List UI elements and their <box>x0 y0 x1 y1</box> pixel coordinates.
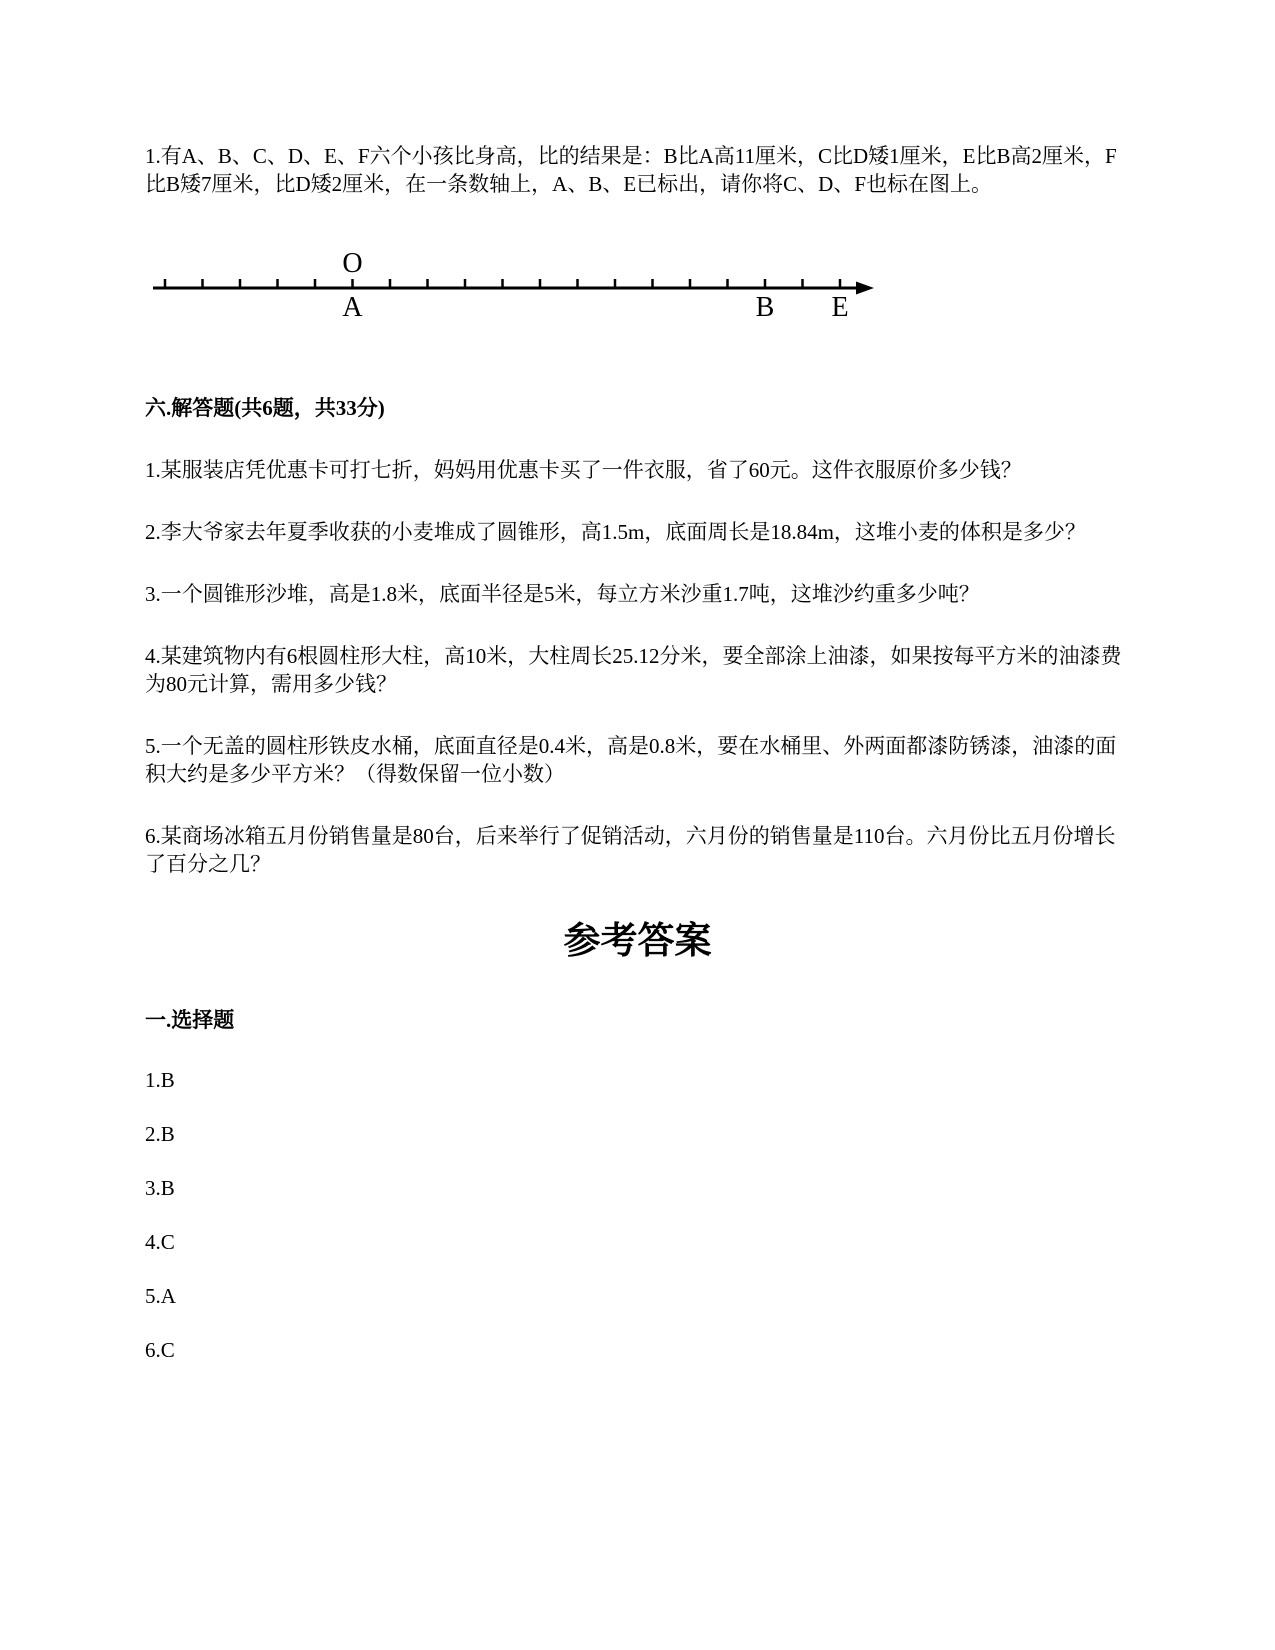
choice-answer-5: 5.A <box>145 1282 1130 1310</box>
number-line-labels: OABE <box>342 248 848 321</box>
number-line-label-B: B <box>756 292 775 321</box>
number-line-label-E: E <box>831 292 848 321</box>
answer-key-title: 参考答案 <box>145 920 1130 964</box>
solve-problem-4: 4.某建筑物内有6根圆柱形大柱，高10米，大柱周长25.12分米，要全部涂上油漆… <box>145 642 1130 698</box>
answers-section-one-heading: 一.选择题 <box>145 1006 1130 1034</box>
choice-answer-1: 1.B <box>145 1066 1130 1094</box>
solve-problem-6: 6.某商场冰箱五月份销售量是80台，后来举行了促销活动，六月份的销售量是110台… <box>145 822 1130 878</box>
number-line-arrowhead-icon <box>856 282 874 295</box>
number-line-label-O: O <box>342 248 362 279</box>
solve-problem-2: 2.李大爷家去年夏季收获的小麦堆成了圆锥形，高1.5m，底面周长是18.84m，… <box>145 518 1130 546</box>
solve-problem-1: 1.某服装店凭优惠卡可打七折，妈妈用优惠卡买了一件衣服，省了60元。这件衣服原价… <box>145 456 1130 484</box>
page-content: 1.有A、B、C、D、E、F六个小孩比身高，比的结果是：B比A高11厘米，C比D… <box>0 0 1275 1364</box>
choice-answer-4: 4.C <box>145 1228 1130 1256</box>
number-line-diagram: OABE <box>145 236 885 321</box>
number-line-label-A: A <box>342 292 363 321</box>
solve-problem-5: 5.一个无盖的圆柱形铁皮水桶，底面直径是0.4米，高是0.8米，要在水桶里、外两… <box>145 732 1130 788</box>
choice-answer-3: 3.B <box>145 1174 1130 1202</box>
choice-answer-6: 6.C <box>145 1336 1130 1364</box>
section-six-heading: 六.解答题(共6题，共33分) <box>145 394 1130 422</box>
choice-answer-2: 2.B <box>145 1120 1130 1148</box>
solve-problem-3: 3.一个圆锥形沙堆，高是1.8米，底面半径是5米，每立方米沙重1.7吨，这堆沙约… <box>145 580 1130 608</box>
problem-height-comparison: 1.有A、B、C、D、E、F六个小孩比身高，比的结果是：B比A高11厘米，C比D… <box>145 142 1130 198</box>
exam-paper-page: 1.有A、B、C、D、E、F六个小孩比身高，比的结果是：B比A高11厘米，C比D… <box>0 0 1275 1650</box>
